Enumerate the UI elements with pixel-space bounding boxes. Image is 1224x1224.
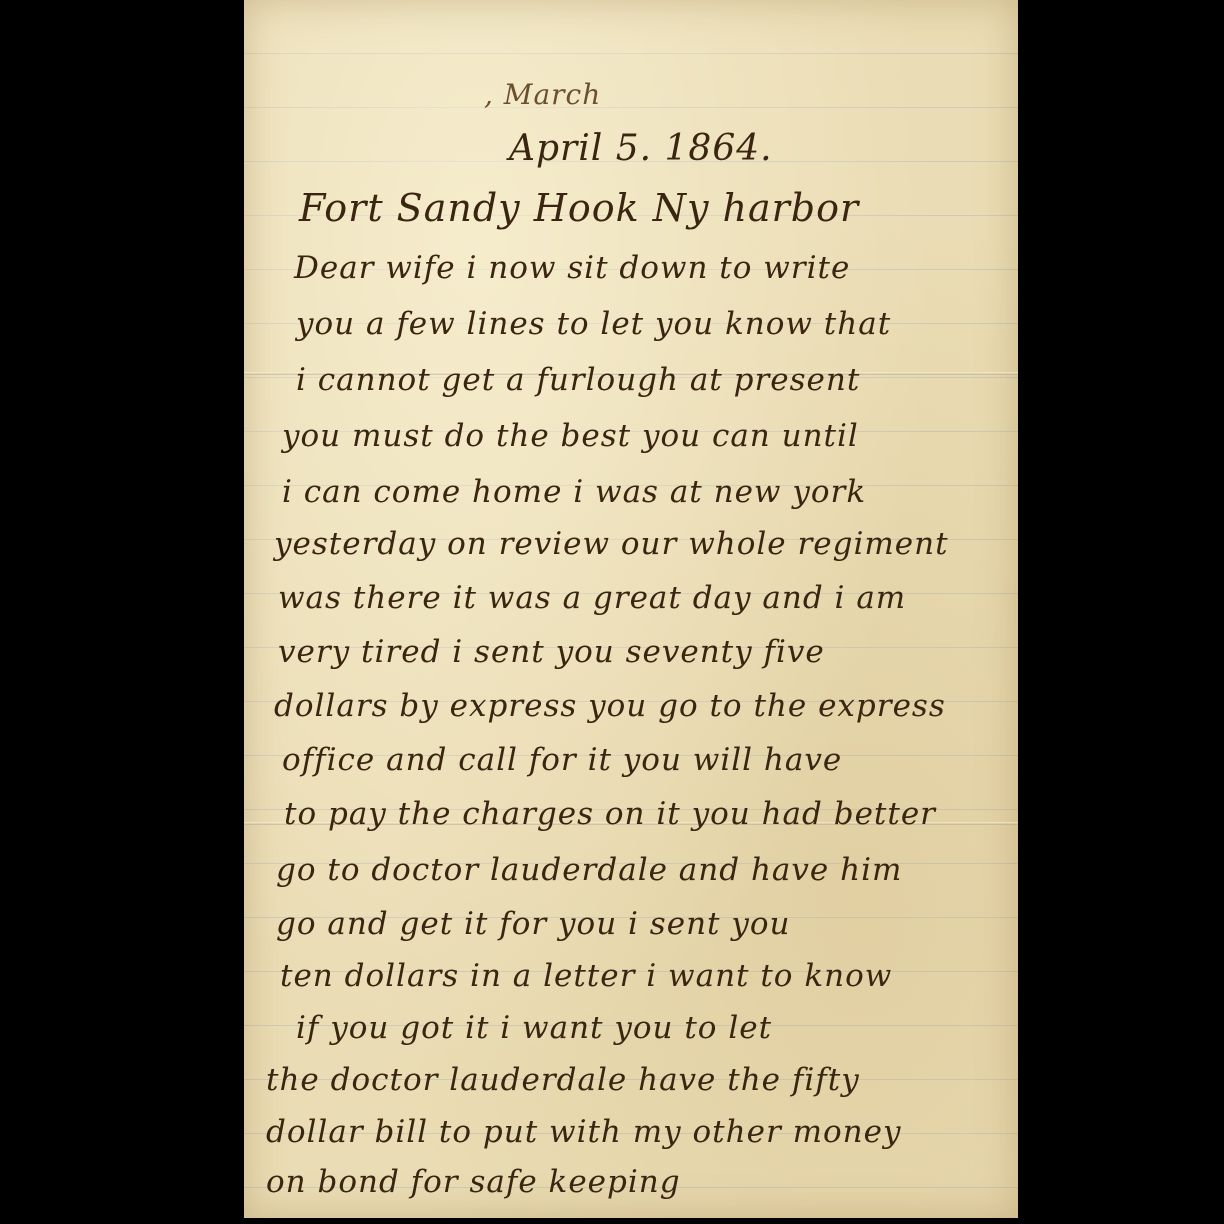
letter-line: if you got it i want you to let (296, 1010, 772, 1046)
letter-line: you a few lines to let you know that (296, 306, 891, 342)
letter-line: dollars by express you go to the express (274, 688, 946, 724)
letter-line: Dear wife i now sit down to write (294, 250, 850, 286)
letter-date: April 5. 1864. (509, 128, 773, 169)
letter-line: office and call for it you will have (282, 742, 842, 778)
letter-line: very tired i sent you seventy five (278, 634, 825, 670)
letter-page: , March April 5. 1864. Fort Sandy Hook N… (244, 0, 1018, 1218)
month-annotation: , March (484, 78, 601, 111)
letter-line: ten dollars in a letter i want to know (280, 958, 892, 994)
letter-line: on bond for safe keeping (266, 1164, 681, 1200)
letter-line: was there it was a great day and i am (278, 580, 906, 616)
letter-line: i cannot get a furlough at present (296, 362, 860, 398)
letter-line: dollar bill to put with my other money (266, 1114, 902, 1150)
letter-line: i can come home i was at new york (282, 474, 866, 510)
letter-line: yesterday on review our whole regiment (274, 526, 949, 562)
letter-line: to pay the charges on it you had better (284, 796, 936, 832)
letter-line: go to doctor lauderdale and have him (276, 852, 902, 888)
letter-line: you must do the best you can until (282, 418, 859, 454)
letter-line: go and get it for you i sent you (276, 906, 790, 942)
letter-location: Fort Sandy Hook Ny harbor (299, 186, 859, 230)
letter-line: the doctor lauderdale have the fifty (266, 1062, 860, 1098)
